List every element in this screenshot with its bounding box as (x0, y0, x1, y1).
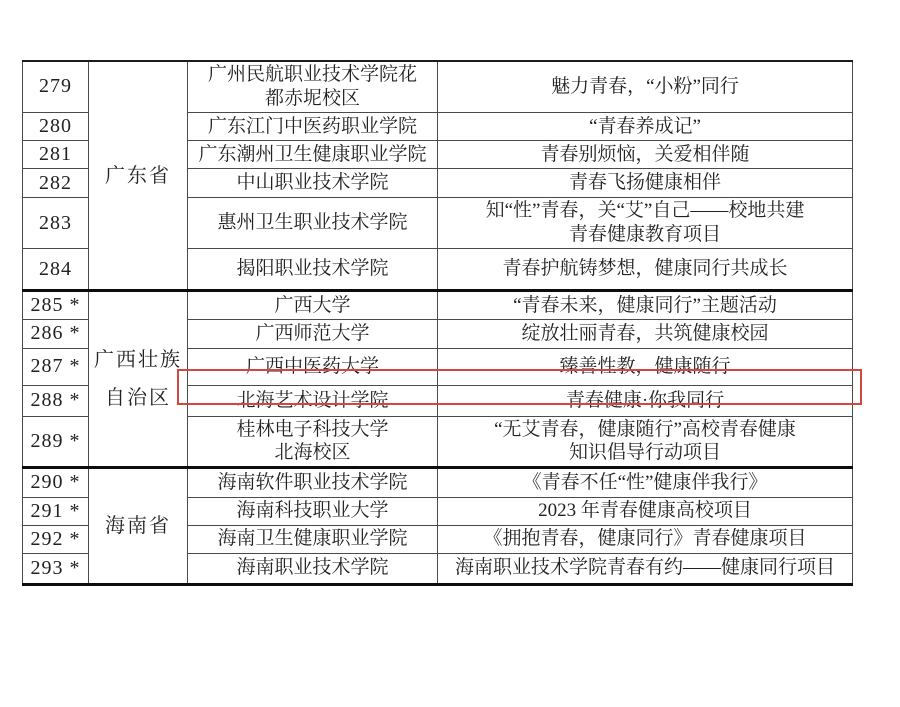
school-cell: 广西师范大学 (188, 320, 438, 348)
school-cell: 中山职业技术学院 (188, 169, 438, 198)
row-number-cell: 279 (23, 61, 89, 112)
row-number-cell: 285 * (23, 291, 89, 320)
school-cell: 广西中医药大学 (188, 348, 438, 385)
project-cell: 魅力青春，“小粉”同行 (438, 61, 853, 112)
school-cell: 桂林电子科技大学 北海校区 (188, 416, 438, 468)
row-number-cell: 281 (23, 141, 89, 169)
school-cell: 海南科技职业大学 (188, 497, 438, 525)
project-cell: “青春未来，健康同行”主题活动 (438, 291, 853, 320)
project-cell: 臻善性教，健康随行 (438, 348, 853, 385)
document-page: 279 广东省 广州民航职业技术学院花 都赤坭校区 魅力青春，“小粉”同行 28… (0, 0, 900, 707)
table-row: 290 * 海南省 海南软件职业技术学院 《青春不任“性”健康伴我行》 (23, 468, 853, 497)
school-cell: 海南软件职业技术学院 (188, 468, 438, 497)
school-cell: 广西大学 (188, 291, 438, 320)
row-number-cell: 286 * (23, 320, 89, 348)
project-list-table: 279 广东省 广州民航职业技术学院花 都赤坭校区 魅力青春，“小粉”同行 28… (22, 60, 853, 586)
row-number-cell: 280 (23, 112, 89, 140)
row-number-cell: 293 * (23, 553, 89, 584)
row-number-cell: 283 (23, 198, 89, 249)
row-number-cell: 291 * (23, 497, 89, 525)
row-number-cell: 288 * (23, 385, 89, 416)
province-cell: 海南省 (89, 468, 188, 585)
row-number-cell: 289 * (23, 416, 89, 468)
project-cell: 2023 年青春健康高校项目 (438, 497, 853, 525)
table-row: 279 广东省 广州民航职业技术学院花 都赤坭校区 魅力青春，“小粉”同行 (23, 61, 853, 112)
project-cell: 青春别烦恼，关爱相伴随 (438, 141, 853, 169)
project-cell: “青春养成记” (438, 112, 853, 140)
project-cell: 知“性”青春，关“艾”自己——校地共建 青春健康教育项目 (438, 198, 853, 249)
school-cell: 广东潮州卫生健康职业学院 (188, 141, 438, 169)
project-cell: 青春健康·你我同行 (438, 385, 853, 416)
row-number-cell: 287 * (23, 348, 89, 385)
project-cell: 青春护航铸梦想，健康同行共成长 (438, 249, 853, 291)
project-cell: 青春飞扬健康相伴 (438, 169, 853, 198)
school-cell: 北海艺术设计学院 (188, 385, 438, 416)
table-row: 285 * 广西壮族 自治区 广西大学 “青春未来，健康同行”主题活动 (23, 291, 853, 320)
school-cell: 广州民航职业技术学院花 都赤坭校区 (188, 61, 438, 112)
school-cell: 揭阳职业技术学院 (188, 249, 438, 291)
project-cell: 《青春不任“性”健康伴我行》 (438, 468, 853, 497)
project-cell: 海南职业技术学院青春有约——健康同行项目 (438, 553, 853, 584)
project-cell: 绽放壮丽青春，共筑健康校园 (438, 320, 853, 348)
project-cell: 《拥抱青春，健康同行》青春健康项目 (438, 525, 853, 553)
province-cell: 广东省 (89, 61, 188, 291)
school-cell: 广东江门中医药职业学院 (188, 112, 438, 140)
row-number-cell: 290 * (23, 468, 89, 497)
row-number-cell: 292 * (23, 525, 89, 553)
province-cell: 广西壮族 自治区 (89, 291, 188, 468)
project-cell: “无艾青春，健康随行”高校青春健康 知识倡导行动项目 (438, 416, 853, 468)
school-cell: 海南卫生健康职业学院 (188, 525, 438, 553)
school-cell: 海南职业技术学院 (188, 553, 438, 584)
row-number-cell: 284 (23, 249, 89, 291)
school-cell: 惠州卫生职业技术学院 (188, 198, 438, 249)
row-number-cell: 282 (23, 169, 89, 198)
